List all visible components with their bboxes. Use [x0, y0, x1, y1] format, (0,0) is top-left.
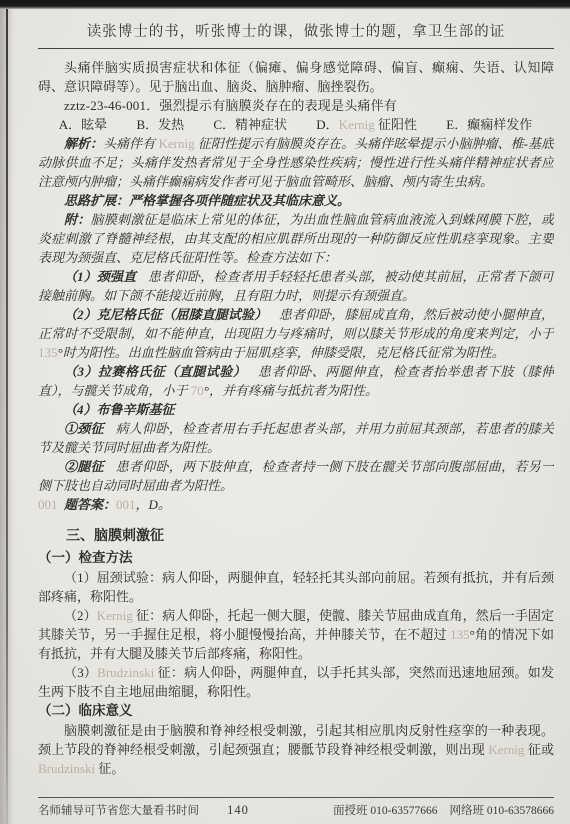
item4-head: （4）布鲁辛斯基征 [64, 402, 175, 417]
item2-post: °时为阳性。出血性脑血管病由于屈肌痉挛，伸膝受限，克尼格氏征常为阳性。 [58, 345, 505, 360]
analysis-label: 解析： [64, 136, 103, 151]
extension-line: 思路扩展：严格掌握各项伴随症状及其临床意义。 [38, 191, 554, 210]
sub1-text: 病人仰卧，检查者用右手托起患者头部，并用力前屈其颈部，若患者的膝关节及髋关节同时… [38, 421, 554, 455]
clinical-faint-kernig: Kernig [488, 742, 524, 757]
page-footer: 名师辅导可节省您大量看书时间 140 面授班 010-63577666 网络班 … [38, 797, 554, 818]
sub2-head: ②腿征 [64, 459, 104, 474]
answer-faint-prefix: 001 [38, 497, 58, 512]
page-content: 头痛伴脑实质损害症状和体征（偏瘫、偏身感觉障碍、偏盲、癫痫、失语、认知障碍、意识… [38, 49, 554, 797]
answer-label: 题答案： [64, 497, 116, 512]
method-kernig-sign: （2）Kernig 征：病人仰卧，托起一侧大腿，使髋、膝关节屈曲成直角，然后一手… [38, 606, 554, 663]
subsection-clinical-significance-text: （二）临床意义 [38, 703, 133, 718]
s2-faint-135: 135 [450, 627, 470, 642]
subsection-exam-methods: （一）检查方法 [38, 548, 554, 568]
sub-item-leg-sign: ②腿征患者仰卧，两下肢伸直，检查者持一侧下肢在髋关节部向腹部屈曲，若另一侧下肢也… [38, 457, 554, 495]
option-d-faint-word: Kernig [339, 117, 375, 132]
s3-mid: 征： [154, 665, 184, 680]
item3-post: °，并有疼痛与抵抗者为阳性。 [204, 383, 378, 398]
answer-faint-001: 001 [116, 497, 136, 512]
footer-slogan: 名师辅导可节省您大量看书时间 [38, 802, 199, 818]
page-number: 140 [227, 803, 249, 818]
clinical-pre: 脑膜刺激征是由于脑膜和脊神经根受刺激，引起其相应肌肉反射性痉挛的一种表现。颈上节… [38, 723, 554, 757]
s2-label: （2） [64, 608, 97, 623]
header-slogan: 读张博士的书，听张博士的课，做张博士的题，拿卫生部的证 [87, 24, 506, 40]
analysis-pre: 头痛伴有 [103, 136, 158, 151]
clinical-post: 征。 [95, 761, 124, 776]
analysis-paragraph: 解析：头痛伴有 Kernig 征阳性提示有脑膜炎存在。头痛伴眩晕提示小脑肿瘤、椎… [38, 134, 554, 191]
intro-paragraph: 头痛伴脑实质损害症状和体征（偏瘫、偏身感觉障碍、偏盲、癫痫、失语、认知障碍、意识… [38, 58, 554, 96]
option-d-post: 征阳性 [375, 117, 417, 132]
sub1-head: ①颈征 [64, 421, 104, 436]
book-page: 读张博士的书，听张博士的课，做张博士的题，拿卫生部的证 头痛伴脑实质损害症状和体… [0, 0, 570, 824]
sub2-text: 患者仰卧，两下肢伸直，检查者持一侧下肢在髋关节部向腹部屈曲，若另一侧下肢也自动同… [38, 459, 554, 493]
option-b: B．发热 [136, 117, 184, 132]
item2-head: （2）克尼格氏征（屈膝直腿试验） [64, 307, 267, 322]
method-neck-flexion-test: （1）屈颈试验：病人仰卧，两腿伸直，轻轻托其头部向前屈。若颈有抵抗，并有后颈部疼… [38, 568, 554, 606]
section-title-meningeal-signs: 三、脑膜刺激征 [38, 527, 554, 547]
item-neck-rigidity: （1）颈强直患者仰卧，检查者用手轻轻托患者头部，被动使其前屈，正常者下颌可接触前… [38, 267, 554, 305]
footer-contacts: 面授班 010-63577666 网络班 010-63578666 [333, 802, 554, 818]
item2-faint-135: 135 [38, 345, 58, 360]
clinical-faint-brudzinski: Brudzinski [38, 761, 95, 776]
footer-phone-online: 网络班 010-63578666 [450, 802, 554, 818]
question-id-text: zztz-23-46-001．强烈提示有脑膜炎存在的表现是头痛伴有 [64, 98, 397, 113]
intro-text: 头痛伴脑实质损害症状和体征（偏瘫、偏身感觉障碍、偏盲、癫痫、失语、认知障碍、意识… [38, 60, 554, 94]
option-c: C．精神症状 [213, 117, 287, 132]
question-id-line: zztz-23-46-001．强烈提示有脑膜炎存在的表现是头痛伴有 [38, 96, 554, 115]
option-d: D．Kernig 征阳性 [316, 117, 417, 132]
option-e: E．癫痫样发作 [446, 117, 532, 132]
analysis-faint-kernig: Kernig [159, 136, 195, 151]
option-a: A．眩晕 [59, 117, 107, 132]
footer-phone-onsite: 面授班 010-63577666 [333, 802, 437, 818]
clinical-mid: 征或 [524, 742, 554, 757]
sub-item-neck-sign: ①颈征病人仰卧，检查者用右手托起患者头部，并用力前屈其颈部，若患者的膝关节及髋关… [38, 419, 554, 457]
appendix-paragraph: 附：脑膜刺激征是临床上常见的体征，为出血性脑血管病血液流入到蛛网膜下腔，或炎症刺… [38, 210, 554, 267]
s2-mid: 征： [133, 608, 162, 623]
scan-artifact-top [0, 0, 570, 9]
s1-head: （1）屈颈试验： [64, 570, 162, 585]
appendix-text: 脑膜刺激征是临床上常见的体征，为出血性脑血管病血液流入到蛛网膜下腔，或炎症刺激了… [38, 212, 554, 265]
extension-label: 思路扩展： [64, 193, 129, 208]
item-kernig-sign: （2）克尼格氏征（屈膝直腿试验）患者仰卧，膝屈成直角，然后被动使小腿伸直，正常时… [38, 305, 554, 362]
section-title-text: 三、脑膜刺激征 [66, 529, 164, 544]
option-d-label: D． [316, 117, 338, 132]
options-row: A．眩晕 B．发热 C．精神症状 D．Kernig 征阳性 E．癫痫样发作 [38, 115, 554, 134]
subsection-clinical-significance: （二）临床意义 [38, 701, 554, 721]
item1-head: （1）颈强直 [64, 269, 136, 284]
answer-text: ，D。 [136, 497, 171, 512]
s3-faint-brudzinski: Brudzinski [97, 665, 154, 680]
clinical-significance-paragraph: 脑膜刺激征是由于脑膜和脊神经根受刺激，引起其相应肌肉反射性痉挛的一种表现。颈上节… [38, 721, 554, 778]
subsection-exam-methods-text: （一）检查方法 [38, 550, 133, 565]
extension-text: 严格掌握各项伴随症状及其临床意义。 [129, 193, 350, 208]
answer-line: 001题答案：001，D。 [38, 495, 554, 514]
item3-head: （3）拉赛格氏征（直腿试验） [64, 364, 246, 379]
appendix-label: 附： [64, 212, 91, 227]
scan-artifact-left-line [6, 9, 8, 824]
item3-faint-70: 70 [191, 383, 204, 398]
method-brudzinski-sign: （3）Brudzinski 征：病人仰卧，两腿伸直，以手托其头部，突然而迅速地屈… [38, 663, 554, 701]
item-brudzinski-sign: （4）布鲁辛斯基征 [38, 400, 554, 419]
page-header: 读张博士的书，听张博士的课，做张博士的题，拿卫生部的证 [38, 9, 554, 49]
s3-label: （3） [64, 665, 97, 680]
item-lasegue-sign: （3）拉赛格氏征（直腿试验）患者仰卧、两腿伸直，检查者抬举患者下肢（膝伸直），与… [38, 362, 554, 400]
s2-faint-kernig: Kernig [97, 608, 133, 623]
